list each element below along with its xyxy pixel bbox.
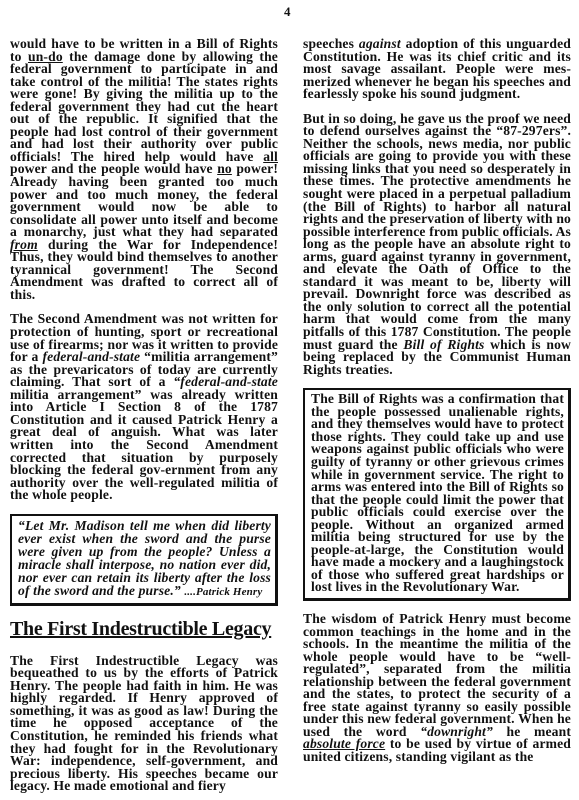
- bill-of-rights-box: The Bill of Rights was a confirmation th…: [303, 388, 571, 601]
- paragraph-speeches-against: speeches against adoption of this unguar…: [303, 38, 571, 101]
- paragraph-legacy: The First Indestructible Legacy was bequ…: [10, 655, 278, 793]
- quote-text: “Let Mr. Madison tell me when did libert…: [18, 519, 271, 599]
- paragraph-second-amendment: The Second Amendment was not written for…: [10, 313, 278, 501]
- text: militia arrangement” was already written…: [10, 387, 278, 502]
- section-heading: The First Indestructible Legacy: [10, 618, 278, 641]
- paragraph-bill-of-rights-undo: would have to be written in a Bill of Ri…: [10, 38, 278, 301]
- text: But in so doing, he gave us the proof we…: [303, 111, 571, 352]
- quote-attribution: ....Patrick Henry: [184, 586, 262, 598]
- left-column: would have to be written in a Bill of Ri…: [10, 38, 278, 793]
- text: during the War for Independence! Thus, t…: [10, 237, 278, 302]
- patrick-henry-quote-box: “Let Mr. Madison tell me when did libert…: [10, 514, 278, 606]
- paragraph-wisdom: The wisdom of Patrick Henry must become …: [303, 613, 571, 764]
- paragraph-proof: But in so doing, he gave us the proof we…: [303, 113, 571, 376]
- box-text: The Bill of Rights was a confirmation th…: [311, 393, 564, 594]
- right-column: speeches against adoption of this unguar…: [303, 38, 571, 764]
- page-number: 4: [284, 4, 291, 20]
- text: power! Already having been granted too m…: [10, 161, 278, 239]
- text: The wisdom of Patrick Henry must become …: [303, 611, 571, 739]
- text: the damage done by allowing the federal …: [10, 49, 278, 164]
